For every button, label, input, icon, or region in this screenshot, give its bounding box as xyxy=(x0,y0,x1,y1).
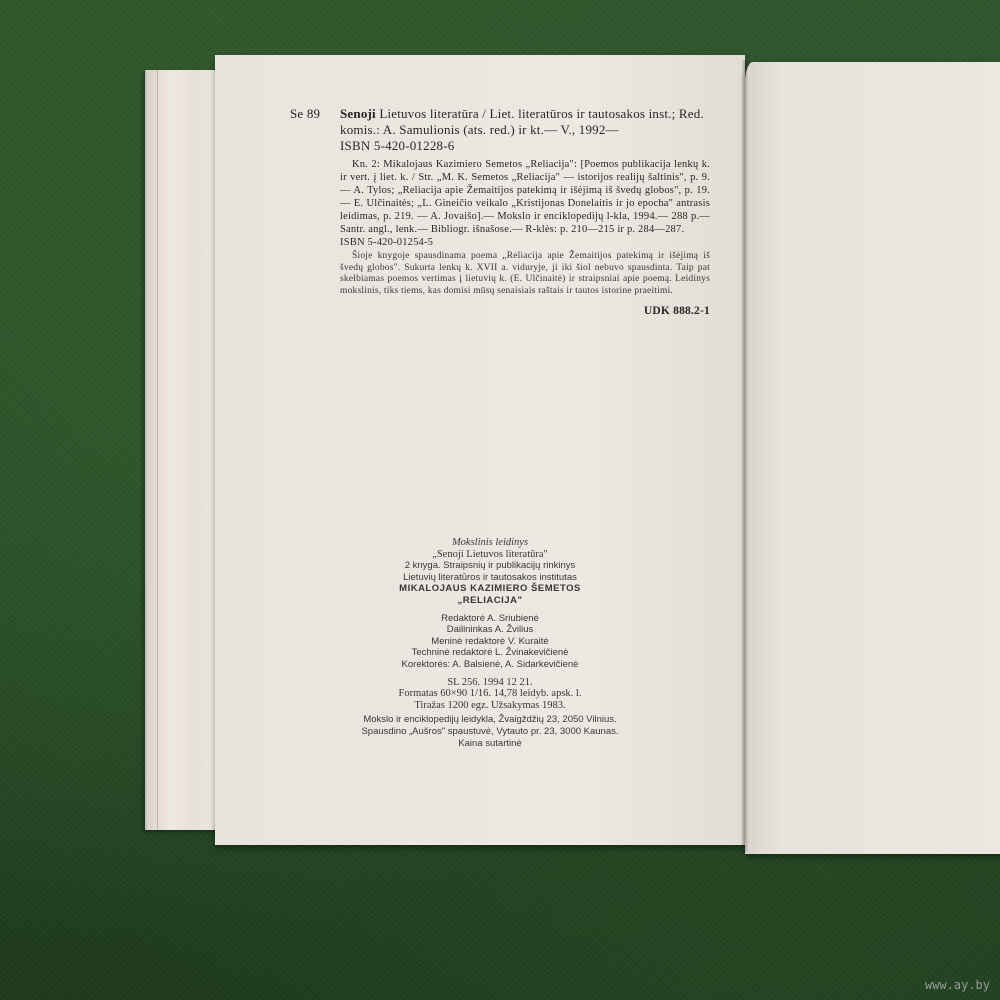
format-line: Formatas 60×90 1/16. 14,78 leidyb. apsk.… xyxy=(300,688,680,700)
imprint-block: Mokslinis leidinys „Senoji Lietuvos lite… xyxy=(300,537,680,749)
sl-line: SL 256. 1994 12 21. xyxy=(300,677,680,689)
classification-number: Se 89 xyxy=(290,106,320,122)
entry-title: Senoji xyxy=(340,106,376,121)
annotation: Šioje knygoje spausdinama poema „Reliaci… xyxy=(340,251,710,297)
editor: Redaktorė A. Sriubienė xyxy=(300,613,680,625)
print-run: Tiražas 1200 egz. Užsakymas 1983. xyxy=(300,700,680,712)
institute: Lietuvių literatūros ir tautosakos insti… xyxy=(300,572,680,584)
art-editor: Meninė redaktorė V. Kuraitė xyxy=(300,636,680,648)
title-line-1: MIKALOJAUS KAZIMIERO ŠEMETOS xyxy=(300,583,680,595)
udk-code: UDK 888.2-1 xyxy=(340,303,710,319)
artist: Dailininkas A. Žvilius xyxy=(300,624,680,636)
tech-editor: Techninė redaktorė L. Žvinakevičienė xyxy=(300,647,680,659)
printer: Spausdino „Aušros" spaustuvė, Vytauto pr… xyxy=(300,726,680,738)
price: Kaina sutartinė xyxy=(300,738,680,750)
series-name: „Senoji Lietuvos literatūra" xyxy=(300,549,680,561)
book-number: 2 knyga. Straipsnių ir publikacijų rinki… xyxy=(300,560,680,572)
title-line-2: „RELIACIJA" xyxy=(300,595,680,607)
catalog-card: Se 89 Senoji Lietuvos literatūra / Liet.… xyxy=(290,106,710,319)
isbn-series: ISBN 5-420-01228-6 xyxy=(340,138,710,154)
publication-type: Mokslinis leidinys xyxy=(300,537,680,549)
catalog-entry: Senoji Lietuvos literatūra / Liet. liter… xyxy=(340,106,710,138)
entry-details: Lietuvos literatūra / Liet. literatūros … xyxy=(340,106,704,137)
publisher: Mokslo ir enciklopedijų leidykla, Žvaigž… xyxy=(300,714,680,726)
book-gutter xyxy=(742,60,748,852)
right-page xyxy=(745,62,1000,854)
watermark: www.ay.by xyxy=(925,978,990,992)
volume-description: Kn. 2: Mikalojaus Kazimiero Semetos „Rel… xyxy=(340,158,710,236)
proofreaders: Korektorės: A. Balsienė, A. Sidarkevičie… xyxy=(300,659,680,671)
isbn-volume: ISBN 5-420-01254-5 xyxy=(340,236,710,249)
